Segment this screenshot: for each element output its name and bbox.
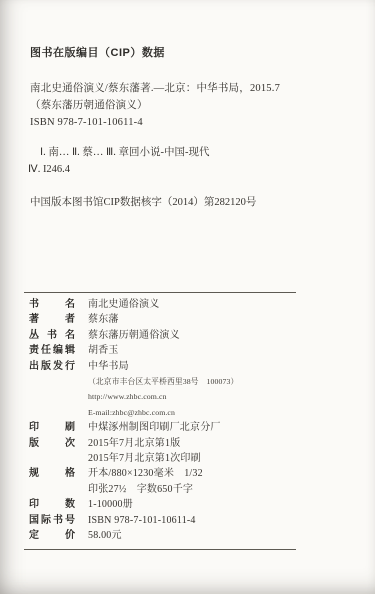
colophon-row-format: 规格 开本/880×1230毫米 1/32 印张27½ 字数650千字 [29, 466, 296, 497]
format-size-line: 开本/880×1230毫米 1/32 [88, 466, 203, 481]
colophon-label: 印刷 [29, 420, 75, 435]
colophon-value: 2015年7月北京第1版 2015年7月北京第1次印刷 [88, 436, 201, 467]
colophon-value: 蔡东藩 [88, 312, 119, 327]
colophon-value: 58.00元 [88, 528, 122, 543]
publisher-website: http://www.zhbc.com.cn [88, 389, 238, 404]
colophon-label: 定价 [29, 528, 75, 543]
colophon-row-book-title: 书名 南北史通俗演义 [29, 297, 296, 312]
book-copyright-page: 图书在版编目（CIP）数据 南北史通俗演义/蔡东藩著.—北京：中华书局，2015… [0, 0, 375, 594]
printing-line: 2015年7月北京第1次印刷 [88, 451, 201, 466]
colophon-value: 开本/880×1230毫米 1/32 印张27½ 字数650千字 [88, 466, 203, 497]
colophon-row-series: 丛书名 蔡东藩历朝通俗演义 [29, 328, 296, 343]
colophon-label: 规格 [29, 466, 75, 481]
cip-series-line: （蔡东藩历朝通俗演义） [30, 97, 280, 114]
colophon-label: 出版发行 [29, 359, 75, 374]
colophon-value: 南北史通俗演义 [88, 297, 159, 312]
colophon-value: 中华书局 （北京市丰台区太平桥西里38号 100073） http://www.… [88, 359, 238, 421]
colophon-label: 版次 [29, 436, 75, 451]
colophon-row-printer: 印刷 中煤涿州制图印刷厂北京分厂 [29, 420, 296, 435]
colophon-value: 胡香玉 [88, 343, 119, 358]
colophon-label: 国际书号 [29, 513, 75, 528]
colophon-label: 责任编辑 [29, 343, 75, 358]
publisher-address: （北京市丰台区太平桥西里38号 100073） [88, 374, 238, 389]
cip-classification: Ⅰ. 南… Ⅱ. 蔡… Ⅲ. 章回小说-中国-现代 Ⅳ. I246.4 [28, 145, 210, 178]
format-sheets-line: 印张27½ 字数650千字 [88, 482, 203, 497]
colophon-row-author: 著者 蔡东藩 [29, 312, 296, 327]
colophon-label: 印数 [29, 497, 75, 512]
edition-line: 2015年7月北京第1版 [88, 436, 201, 451]
colophon-table: 书名 南北史通俗演义 著者 蔡东藩 丛书名 蔡东藩历朝通俗演义 责任编辑 胡香玉… [24, 292, 296, 550]
colophon-row-editor: 责任编辑 胡香玉 [29, 343, 296, 358]
colophon-value: 1-10000册 [88, 497, 133, 512]
colophon-value: 中煤涿州制图印刷厂北京分厂 [88, 420, 221, 435]
cip-isbn-line: ISBN 978-7-101-10611-4 [30, 114, 280, 131]
colophon-row-price: 定价 58.00元 [29, 528, 296, 543]
cip-section-title: 图书在版编目（CIP）数据 [30, 44, 165, 60]
colophon-label: 丛书名 [29, 328, 75, 343]
colophon-row-edition: 版次 2015年7月北京第1版 2015年7月北京第1次印刷 [29, 436, 296, 467]
colophon-row-print-run: 印数 1-10000册 [29, 497, 296, 512]
colophon-row-isbn: 国际书号 ISBN 978-7-101-10611-4 [29, 513, 296, 528]
cip-record-paragraph: 南北史通俗演义/蔡东藩著.—北京：中华书局，2015.7 （蔡东藩历朝通俗演义）… [30, 80, 280, 131]
colophon-label: 著者 [29, 312, 75, 327]
colophon-label: 书名 [29, 297, 75, 312]
cip-verification-number: 中国版本图书馆CIP数据核字（2014）第282120号 [30, 194, 256, 209]
colophon-value: 蔡东藩历朝通俗演义 [88, 328, 180, 343]
publisher-name: 中华书局 [88, 359, 238, 374]
colophon-row-publisher: 出版发行 中华书局 （北京市丰台区太平桥西里38号 100073） http:/… [29, 359, 296, 421]
publisher-email: E-mail:zhbc@zhbc.com.cn [88, 405, 238, 420]
cip-classification-line2: Ⅳ. I246.4 [28, 162, 210, 179]
cip-classification-line1: Ⅰ. 南… Ⅱ. 蔡… Ⅲ. 章回小说-中国-现代 [28, 145, 210, 162]
colophon-value: ISBN 978-7-101-10611-4 [88, 513, 196, 528]
cip-title-line: 南北史通俗演义/蔡东藩著.—北京：中华书局，2015.7 [30, 80, 280, 97]
